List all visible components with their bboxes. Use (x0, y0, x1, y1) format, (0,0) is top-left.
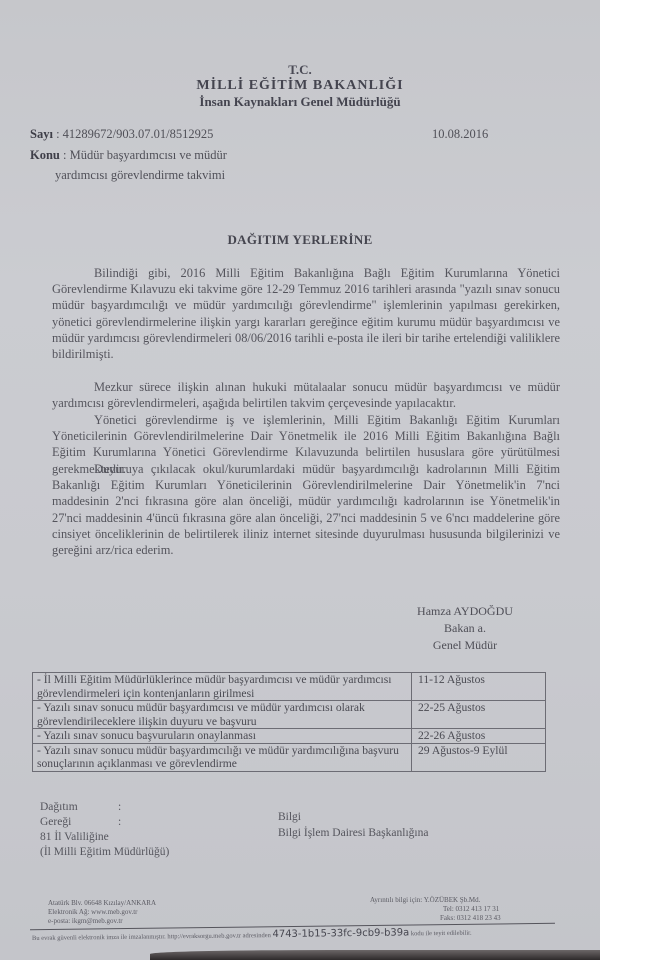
subject: Konu : Müdür başyardımcısı ve müdür (30, 148, 227, 163)
schedule-date: 22-25 Ağustos (412, 701, 546, 729)
action-recipient: 81 İl Valiliğine (40, 830, 109, 845)
signatory-name: Hamza AYDOĞDU (380, 603, 550, 620)
header-tc: T.C. (0, 62, 600, 78)
footer-fax: Faks: 0312 418 23 43 (440, 914, 501, 923)
sayi-label: Sayı (30, 127, 53, 141)
table-row: - İl Milli Eğitim Müdürlüklerince müdür … (33, 673, 546, 701)
action-colon: : (118, 815, 121, 830)
department-name: İnsan Kaynakları Genel Müdürlüğü (0, 94, 600, 110)
info-recipient: Bilgi İşlem Dairesi Başkanlığına (278, 826, 428, 841)
distribution-title: DAĞITIM YERLERİNE (0, 232, 600, 248)
verification-text: Bu evrak güvenli elektronik imza ile imz… (32, 932, 271, 942)
distribution-label: Dağıtım (40, 800, 78, 815)
schedule-task: - İl Milli Eğitim Müdürlüklerince müdür … (33, 673, 412, 701)
signatory-role: Genel Müdür (380, 637, 550, 654)
schedule-table: - İl Milli Eğitim Müdürlüklerince müdür … (32, 672, 546, 772)
schedule-task: - Yazılı sınav sonucu müdür başyardımcıl… (33, 743, 412, 771)
reference-number: Sayı : 41289672/903.07.01/8512925 (30, 127, 213, 142)
info-label: Bilgi (278, 810, 301, 825)
verification-suffix: kodu ile teyit edilebilir. (411, 930, 472, 938)
table-row: - Yazılı sınav sonucu başvuruların onayl… (33, 729, 546, 744)
distribution-colon: : (118, 800, 121, 815)
footer-address: Atatürk Blv. 06648 Kızılay/ANKARA (48, 899, 156, 908)
konu-label: Konu (30, 148, 60, 162)
page-shadow (150, 950, 600, 960)
paragraph-4: Duyuruya çıkılacak okul/kurumlardaki müd… (52, 461, 560, 558)
footer-tel: Tel: 0312 413 17 31 (443, 905, 499, 914)
schedule-date: 11-12 Ağustos (412, 673, 546, 701)
konu-value: : Müdür başyardımcısı ve müdür (63, 148, 227, 162)
footer-email: e-posta: ikgm@meb.gov.tr (48, 917, 123, 926)
action-recipient-sub: (İl Milli Eğitim Müdürlüğü) (40, 845, 169, 860)
signatory-title: Bakan a. (380, 620, 550, 637)
verification-code: 4743-1b15-33fc-9cb9-b39a (272, 927, 409, 940)
document-date: 10.08.2016 (432, 127, 488, 142)
schedule-date: 22-26 Ağustos (412, 729, 546, 744)
ministry-name: MİLLİ EĞİTİM BAKANLIĞI (0, 78, 600, 94)
schedule-task: - Yazılı sınav sonucu başvuruların onayl… (33, 729, 412, 744)
action-label: Gereği (40, 815, 71, 830)
footer-web: Elektronik Ağ: www.meb.gov.tr (48, 908, 138, 917)
footer-contact: Ayrıntılı bilgi için: Y.ÖZÜBEK Şb.Md. (370, 896, 480, 905)
schedule-date: 29 Ağustos-9 Eylül (412, 743, 546, 771)
paragraph-2: Mezkur sürece ilişkin alınan hukuki müta… (52, 379, 560, 411)
document-page: T.C. MİLLİ EĞİTİM BAKANLIĞI İnsan Kaynak… (0, 0, 600, 960)
table-row: - Yazılı sınav sonucu müdür başyardımcıs… (33, 701, 546, 729)
table-row: - Yazılı sınav sonucu müdür başyardımcıl… (33, 743, 546, 771)
sayi-value: : 41289672/903.07.01/8512925 (56, 127, 213, 141)
subject-line2: yardımcısı görevlendirme takvimi (55, 168, 225, 183)
schedule-task: - Yazılı sınav sonucu müdür başyardımcıs… (33, 701, 412, 729)
paragraph-1: Bilindiği gibi, 2016 Milli Eğitim Bakanl… (52, 265, 560, 362)
